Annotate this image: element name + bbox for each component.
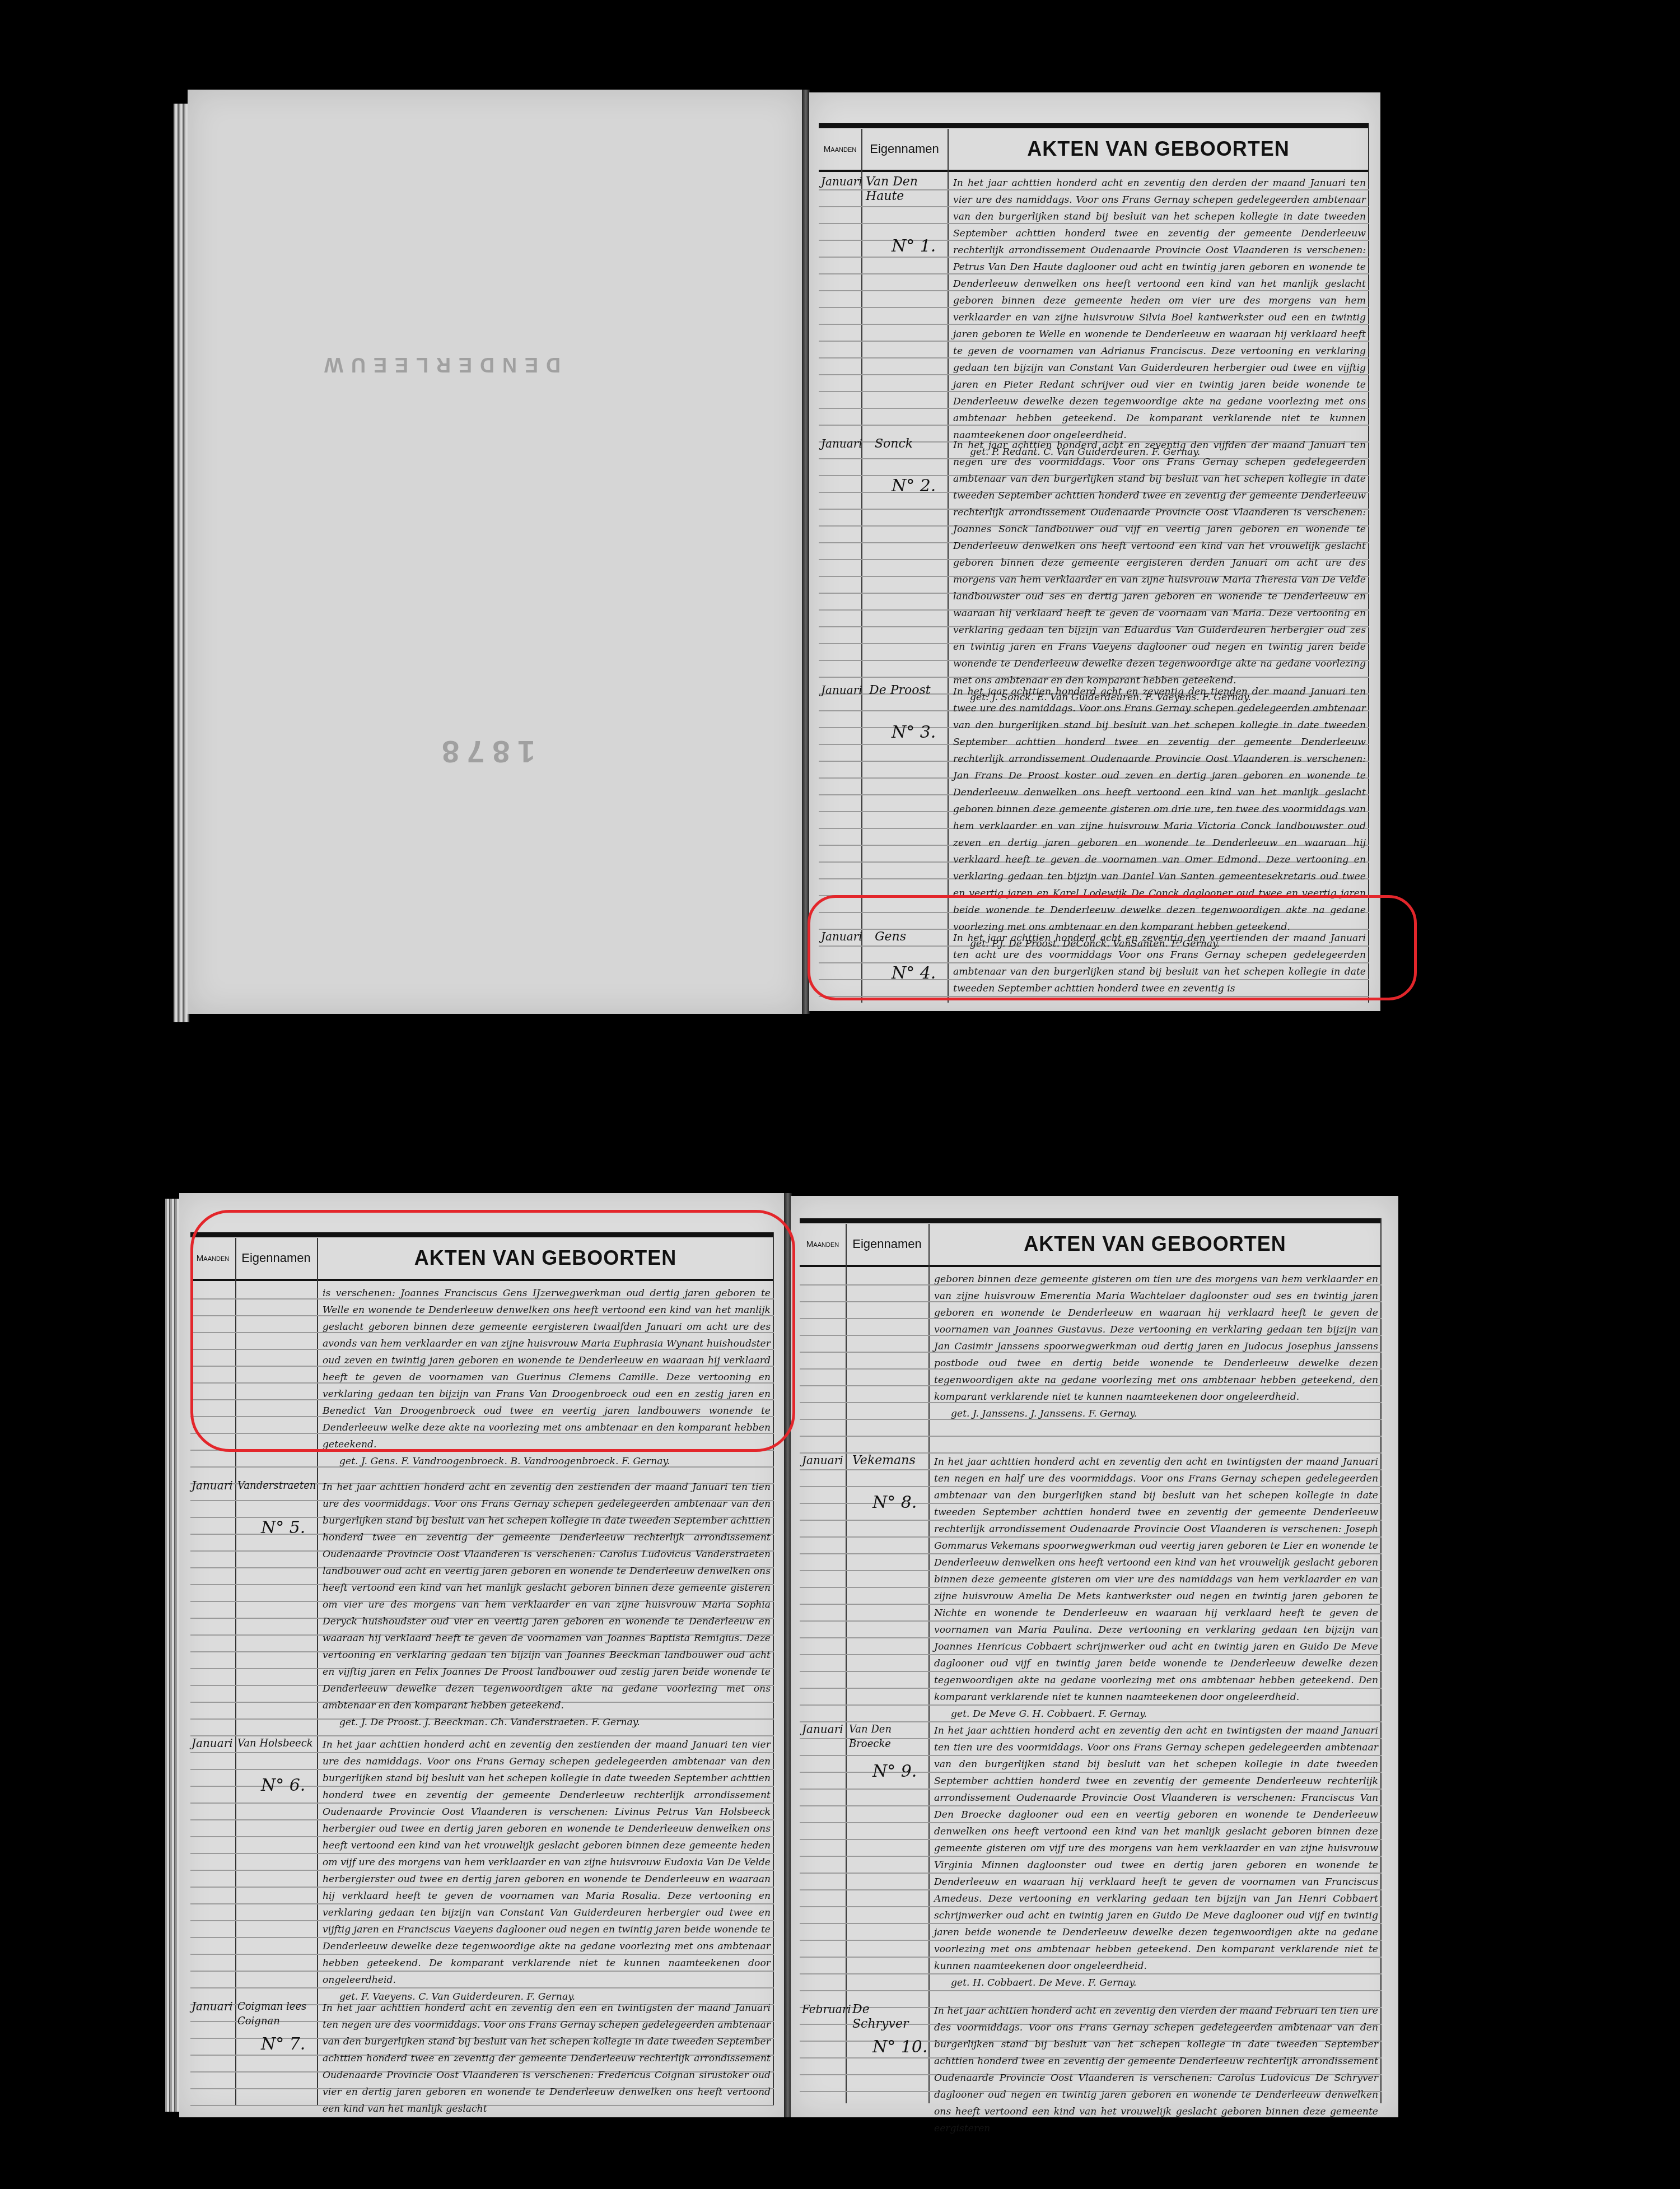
record-body: In het jaar achttien honderd acht en zev… <box>323 2002 771 2115</box>
bottom-spread: Maanden Eigennamen AKTEN VAN GEBOORTEN i… <box>0 1176 1680 2173</box>
faded-stamp-text: DENDERLEEUW <box>316 353 561 376</box>
record-surname: Van Holsbeeck <box>237 1736 317 1751</box>
record-text: In het jaar achttien honderd acht en zev… <box>953 683 1366 952</box>
record-number: N° 1. <box>892 236 936 256</box>
table-header: Maanden Eigennamen AKTEN VAN GEBOORTEN <box>190 1239 774 1277</box>
record-text: In het jaar achttien honderd acht en zev… <box>953 437 1366 706</box>
record-number: N° 8. <box>872 1493 917 1512</box>
record-number: N° 2. <box>892 476 936 496</box>
record-body: geboren binnen deze gemeente gisteren om… <box>934 1274 1378 1403</box>
header-bottom-rule <box>190 1279 774 1281</box>
record-surname: Gens <box>875 930 948 944</box>
record-text: In het jaar achttien honderd acht en zev… <box>934 1722 1378 1991</box>
record-month: Januari <box>802 1722 843 1736</box>
record-text: geboren binnen deze gemeente gisteren om… <box>934 1271 1378 1422</box>
ledger-table: Maanden Eigennamen AKTEN VAN GEBOORTEN i… <box>190 1232 774 2106</box>
record-number: N° 3. <box>892 723 936 742</box>
record-month: Januari <box>802 1454 843 1467</box>
record-surname: Van Den Haute <box>866 175 948 204</box>
record-number: N° 10. <box>872 2037 928 2057</box>
blank-left-page: DENDERLEEUW 1878 <box>188 90 804 1014</box>
record-month: Januari <box>821 437 862 450</box>
record-month: Januari <box>821 683 862 697</box>
record-text: In het jaar achttien honderd acht en zev… <box>934 2002 1378 2137</box>
record-text: In het jaar achttien honderd acht en zev… <box>323 1736 771 2005</box>
record-surname: Coigman lees Coignan <box>237 2000 317 2029</box>
header-months: Maanden <box>819 145 861 154</box>
record-signatures: get. De Meve G. H. Cobbaert. F. Gernay. <box>934 1706 1378 1722</box>
record-month: Februari <box>802 2002 851 2016</box>
record-month: Januari <box>192 1736 233 1750</box>
top-spread: DENDERLEEUW 1878 Maanden Eigennamen AKTE… <box>0 0 1680 1042</box>
bottom-right-page: Maanden Eigennamen AKTEN VAN GEBOORTEN g… <box>791 1196 1398 2117</box>
record-surname: De Schryver <box>852 2002 928 2032</box>
record-number: N° 9. <box>872 1762 917 1781</box>
header-months: Maanden <box>190 1254 235 1263</box>
header-top-rule <box>800 1218 1382 1223</box>
record-month: Januari <box>821 930 862 943</box>
ledger-table: Maanden Eigennamen AKTEN VAN GEBOORTEN g… <box>800 1218 1382 2103</box>
bottom-left-page: Maanden Eigennamen AKTEN VAN GEBOORTEN i… <box>179 1193 785 2117</box>
record-body: In het jaar achttien honderd acht en zev… <box>323 1739 771 1986</box>
record-signatures: get. J. Janssens. J. Janssens. F. Gernay… <box>934 1405 1378 1422</box>
gutter <box>802 90 810 1014</box>
record-number: N° 4. <box>892 963 936 983</box>
record-surname: Sonck <box>875 437 948 451</box>
faded-year-stamp: 1878 <box>434 734 535 770</box>
record-body: In het jaar achttien honderd acht en zev… <box>953 440 1366 686</box>
record-body: In het jaar achttien honderd acht en zev… <box>953 178 1366 441</box>
header-records-title: AKTEN VAN GEBOORTEN <box>948 137 1369 161</box>
record-signatures: get. J. Gens. F. Vandroogenbroeck. B. Va… <box>323 1453 771 1470</box>
record-text: In het jaar achttien honderd acht en zev… <box>953 175 1366 460</box>
record-number: N° 6. <box>261 1776 305 1795</box>
record-month: Januari <box>192 2000 233 2013</box>
record-month: Januari <box>192 1479 233 1492</box>
record-body: In het jaar achttien honderd acht en zev… <box>953 686 1366 933</box>
header-records-title: AKTEN VAN GEBOORTEN <box>928 1232 1382 1256</box>
record-surname: Van Den Broecke <box>849 1722 928 1752</box>
record-month: Januari <box>821 175 862 188</box>
record-number: N° 7. <box>261 2034 305 2054</box>
record-body: In het jaar achttien honderd acht en zev… <box>934 1456 1378 1703</box>
record-body: is verschenen: Joannes Franciscus Gens I… <box>323 1288 771 1450</box>
header-months: Maanden <box>800 1240 846 1249</box>
table-header: Maanden Eigennamen AKTEN VAN GEBOORTEN <box>800 1225 1382 1263</box>
record-text: In het jaar achttien honderd acht en zev… <box>934 1454 1378 1722</box>
page-stack-edge <box>174 104 189 1022</box>
header-bottom-rule <box>800 1265 1382 1267</box>
record-signatures: get. H. Cobbaert. De Meve. F. Gernay. <box>934 1974 1378 1991</box>
record-body: In het jaar achttien honderd acht en zev… <box>323 1482 771 1711</box>
record-text: In het jaar achttien honderd acht en zev… <box>953 930 1366 997</box>
record-text: In het jaar achttien honderd acht en zev… <box>323 1479 771 1731</box>
header-names: Eigennamen <box>861 142 948 156</box>
record-signatures: get. J. De Proost. J. Beeckman. Ch. Vand… <box>323 1714 771 1731</box>
record-text: is verschenen: Joannes Franciscus Gens I… <box>323 1285 771 1470</box>
header-bottom-rule <box>819 170 1369 172</box>
record-surname: Vekemans <box>852 1454 928 1468</box>
record-body: In het jaar achttien honderd acht en zev… <box>953 933 1366 994</box>
record-surname: Vanderstraeten <box>237 1479 317 1493</box>
record-surname: De Proost <box>869 683 948 698</box>
record-body: In het jaar achttien honderd acht en zev… <box>934 1725 1378 1972</box>
header-records-title: AKTEN VAN GEBOORTEN <box>317 1246 774 1270</box>
record-number: N° 5. <box>261 1518 305 1538</box>
record-text: In het jaar achttien honderd acht en zev… <box>323 2000 771 2117</box>
record-body: In het jaar achttien honderd acht en zev… <box>934 2005 1378 2134</box>
top-right-page: Maanden Eigennamen AKTEN VAN GEBOORTEN J… <box>809 92 1380 1011</box>
table-header: Maanden Eigennamen AKTEN VAN GEBOORTEN <box>819 130 1369 168</box>
header-names: Eigennamen <box>235 1251 317 1265</box>
header-names: Eigennamen <box>846 1237 928 1251</box>
page-stack-edge <box>165 1199 181 2112</box>
ledger-table: Maanden Eigennamen AKTEN VAN GEBOORTEN J… <box>819 123 1369 1003</box>
header-top-rule <box>819 123 1369 128</box>
header-top-rule <box>190 1232 774 1237</box>
